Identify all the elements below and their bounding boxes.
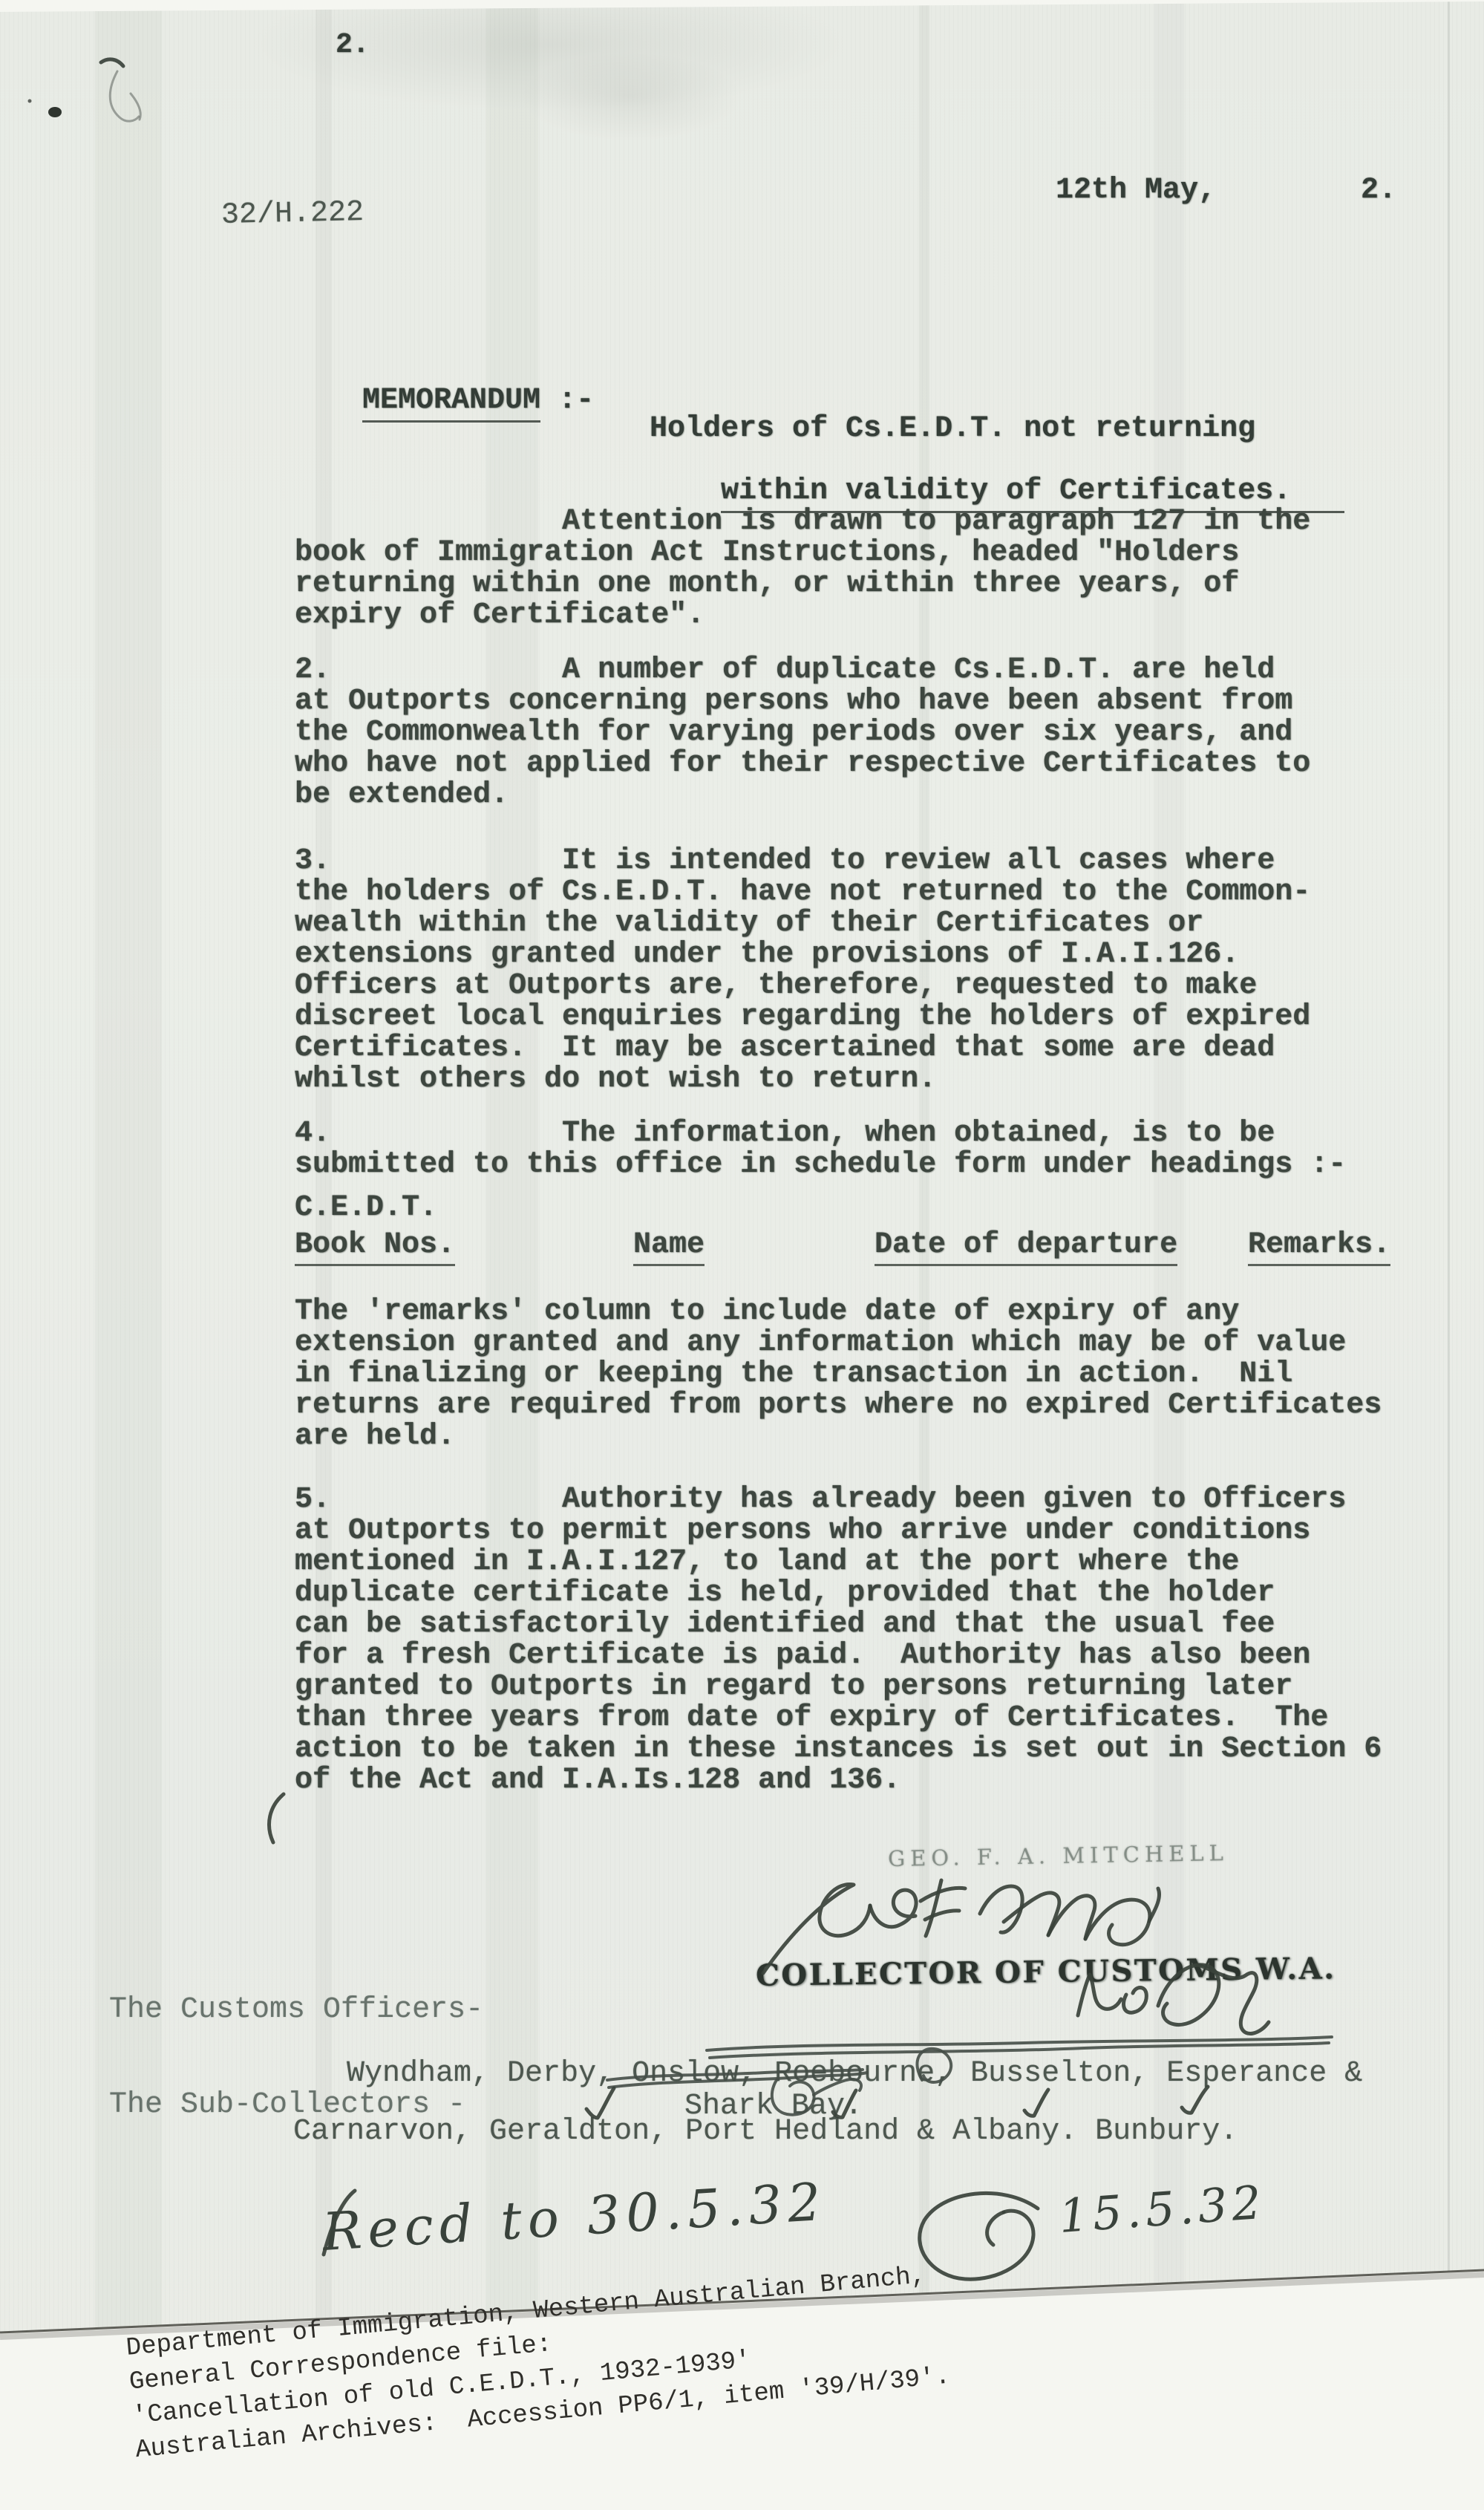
text-line: at Outports to permit persons who arrive… [295,1516,1382,1547]
text-line: returns are required from ports where no… [295,1390,1382,1421]
text-line: in finalizing or keeping the transaction… [295,1359,1382,1390]
paper-streak [95,0,162,2510]
text-line: granted to Outports in regard to persons… [295,1672,1382,1703]
text-line: can be satisfactorily identified and tha… [295,1609,1382,1640]
text-line: 5. Authority has already been given to O… [295,1484,1382,1516]
document-page: 2. 32/H.222 12th May, 2. MEMORANDUM :- H… [0,0,1484,2510]
scanned-memorandum: { "header": { "corner_page_number": "2."… [0,0,1484,2510]
remarks-paragraph: The 'remarks' column to include date of … [295,1297,1382,1453]
text-line: at Outports concerning persons who have … [295,686,1310,717]
text-line: than three years from date of expiry of … [295,1703,1382,1734]
text-line: of the Act and I.A.Is.128 and 136. [295,1765,1382,1796]
text-line: duplicate certificate is held, provided … [295,1578,1382,1609]
text-line: Officers at Outports are, therefore, req… [295,971,1310,1002]
paper-scan-seam [1448,0,1450,2510]
paragraph-5: 5. Authority has already been given to O… [295,1484,1382,1796]
subject-line-1: Holders of Cs.E.D.T. not returning [650,414,1255,445]
struck-ports: Busselton, Esperance & [970,2057,1362,2090]
text-line: 3. It is intended to review all cases wh… [295,846,1310,877]
text-line: for a fresh Certificate is paid. Authori… [295,1640,1382,1672]
text-line: are held. [295,1421,1382,1453]
text-line: Attention is drawn to paragraph 127 in t… [295,506,1310,538]
memo-heading: MEMORANDUM :- [291,354,594,454]
memo-date: 12th May, [1056,174,1216,207]
customs-officers-label: The Customs Officers- [109,1995,483,2026]
text-line: 4. The information, when obtained, is to… [295,1118,1346,1150]
text-line: extensions granted under the provisions … [295,939,1310,971]
scan-smudge [520,52,742,141]
text-line: 2. A number of duplicate Cs.E.D.T. are h… [295,655,1310,686]
text-line: Certificates. It may be ascertained that… [295,1033,1310,1064]
paragraph-2: 2. A number of duplicate Cs.E.D.T. are h… [295,655,1310,811]
paragraph-1: Attention is drawn to paragraph 127 in t… [295,506,1310,631]
text-line: expiry of Certificate". [295,600,1310,631]
memo-heading-punct: :- [540,384,594,417]
text-line: submitted to this office in schedule for… [295,1150,1346,1181]
collector-of-customs-stamp: COLLECTOR OF CUSTOMS W.A. [756,1951,1336,1993]
column-name: Name [633,1230,705,1266]
paragraph-3: 3. It is intended to review all cases wh… [295,846,1310,1095]
text-line: the Commonwealth for varying periods ove… [295,717,1310,749]
text-line: extension granted and any information wh… [295,1328,1382,1359]
text-line: be extended. [295,780,1310,811]
text-line: returning within one month, or within th… [295,569,1310,600]
schedule-label: C.E.D.T. [295,1193,437,1224]
text-line: the holders of Cs.E.D.T. have not return… [295,877,1310,908]
text-line: mentioned in I.A.I.127, to land at the p… [295,1547,1382,1578]
text-line: The 'remarks' column to include date of … [295,1297,1382,1328]
mitchell-stamp: GEO. F. A. MITCHELL [888,1840,1229,1871]
text-line: whilst others do not wish to return. [295,1064,1310,1095]
column-date-of-departure: Date of departure [875,1230,1177,1266]
page-number: 2. [1361,174,1396,207]
paragraph-4: 4. The information, when obtained, is to… [295,1118,1346,1181]
text-line: discreet local enquiries regarding the h… [295,1002,1310,1033]
corner-page-number: 2. [336,29,370,61]
file-reference: 32/H.222 [221,196,365,232]
text-line: who have not applied for their respectiv… [295,749,1310,780]
text-line: book of Immigration Act Instructions, he… [295,538,1310,569]
memo-heading-label: MEMORANDUM [362,385,540,423]
column-book-nos: Book Nos. [295,1230,455,1266]
text-line: action to be taken in these instances is… [295,1734,1382,1765]
column-remarks: Remarks. [1248,1230,1390,1266]
text-line: wealth within the validity of their Cert… [295,908,1310,939]
sub-collectors-line: Carnarvon, Geraldton, Port Hedland & Alb… [293,2116,1238,2148]
